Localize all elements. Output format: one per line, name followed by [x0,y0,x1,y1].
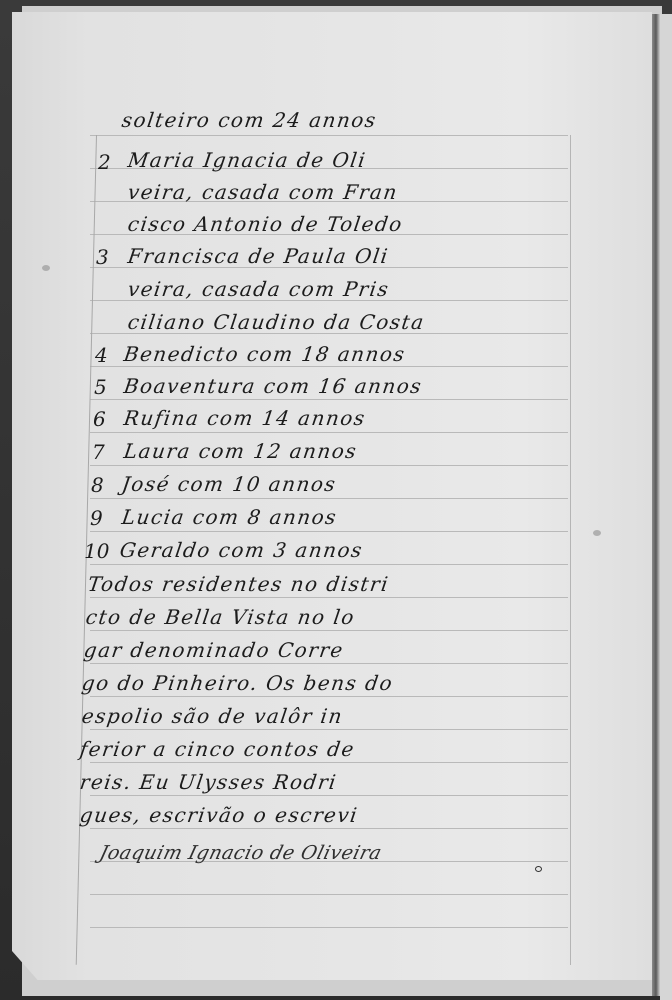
paper-smudge [593,530,601,536]
text-line: José com 10 annos [120,472,338,496]
line-number: 8 [91,473,104,497]
text-line: Geraldo com 3 annos [118,538,364,562]
text-line: go do Pinheiro. Os bens do [80,671,395,695]
text-line: veira, casada com Pris [126,277,391,301]
text-line: cisco Antonio de Toledo [126,212,404,236]
text-line: Todos residentes no distri [86,572,390,596]
text-line: gar denominado Corre [82,638,345,662]
line-number: 3 [96,245,109,269]
line-number: 6 [93,407,106,431]
right-margin-rule [570,135,571,965]
text-line: solteiro com 24 annos [120,108,378,132]
page-edge-shadow [652,14,660,996]
text-line: Francisca de Paula Oli [126,244,390,268]
text-line: veira, casada com Fran [126,180,399,204]
text-line: Maria Ignacia de Oli [126,148,368,172]
line-number: 2 [98,150,111,174]
text-line: cto de Bella Vista no lo [84,605,356,629]
line-number: 7 [92,440,105,464]
text-line: Lucia com 8 annos [120,505,339,529]
paper-smudge [42,265,50,271]
line-number: 10 [84,539,109,563]
line-number: 5 [94,375,107,399]
text-line: reis. Eu Ulysses Rodri [78,770,338,794]
text-line: Benedicto com 18 annos [122,342,407,366]
text-line: Rufina com 14 annos [122,406,367,430]
signature: Joaquim Ignacio de Oliveira [97,842,384,864]
text-line: ciliano Claudino da Costa [126,310,426,334]
text-line: espolio são de valôr in [80,704,344,728]
adjacent-page-strip [660,14,672,1000]
line-number: 9 [90,506,103,530]
text-line: gues, escrivão o escrevi [78,803,360,827]
text-line: Laura com 12 annos [122,439,359,463]
ink-dot [535,866,542,872]
line-number: 4 [95,343,108,367]
text-line: ferior a cinco contos de [78,737,356,761]
text-line: Boaventura com 16 annos [122,374,424,398]
